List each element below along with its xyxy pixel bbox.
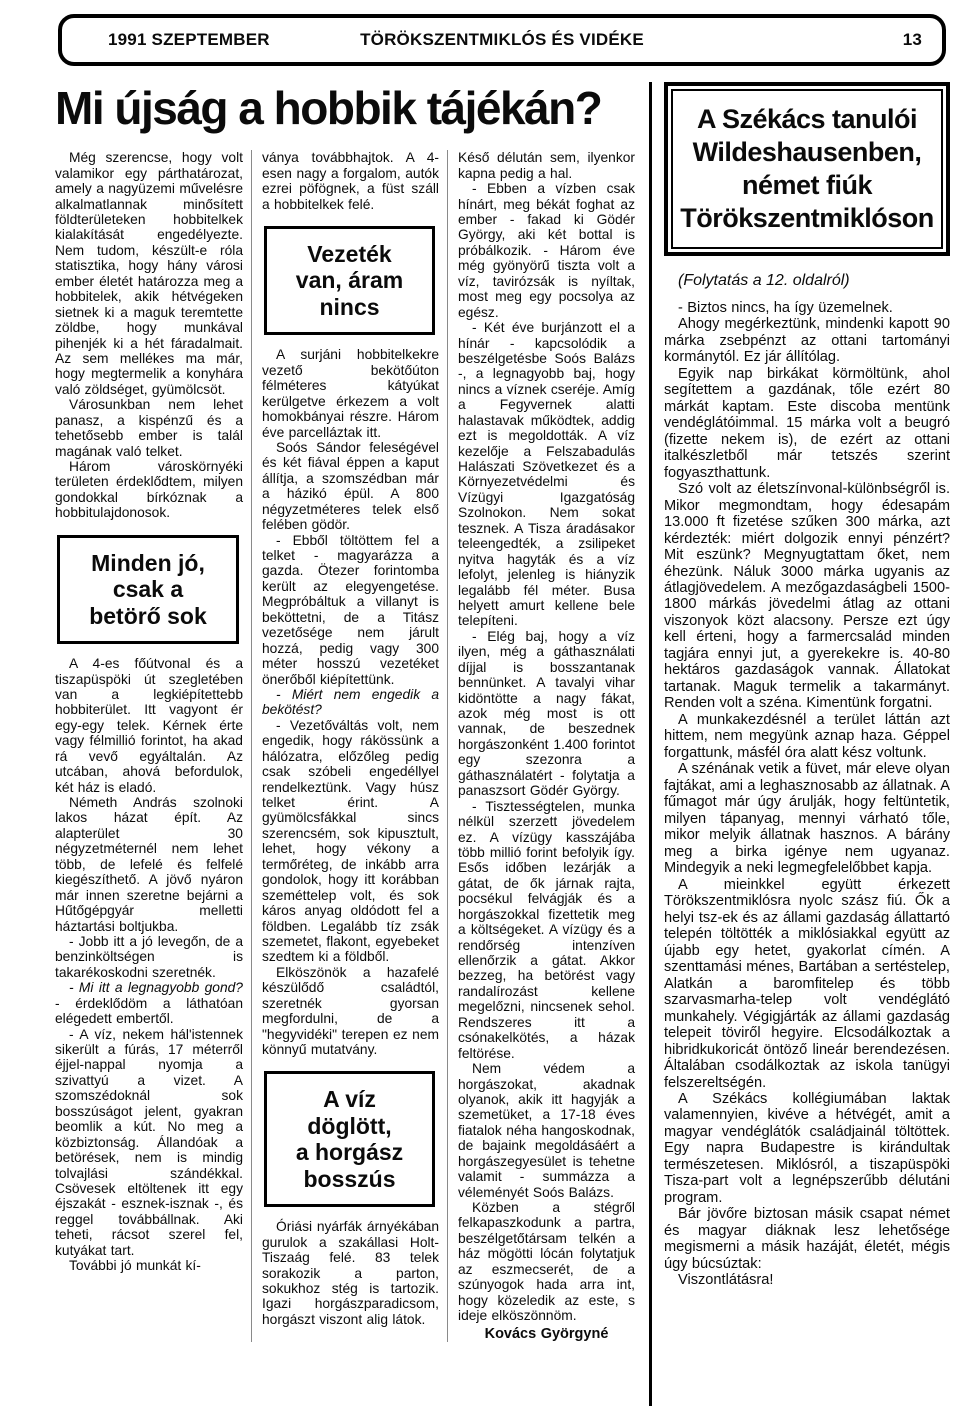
column-2-paragraphs-c: Óriási nyárfák árnyékában gurulok a szak… xyxy=(262,1219,439,1327)
article-column-1: Még szerencse, hogy volt valamikor egy p… xyxy=(55,150,251,1341)
paragraph: - Biztos nincs, ha így üzemelnek. xyxy=(664,300,950,316)
paragraph: - Elég baj, hogy a víz ilyen, még a gáth… xyxy=(458,629,635,799)
newspaper-page: 1991 SZEPTEMBER TÖRÖKSZENTMIKLÓS ÉS VIDÉ… xyxy=(0,0,960,1414)
paragraph: - Tisztességtelen, munka nélkül szerzett… xyxy=(458,799,635,1061)
paragraph: Késő délután sem, ilyenkor kapna pedig a… xyxy=(458,150,635,181)
paragraph: Szó volt az életszínvonal-különbségről i… xyxy=(664,481,950,712)
paragraph: - Két éve burjánzott el a hínár - kapcso… xyxy=(458,320,635,629)
column-3-paragraphs: Késő délután sem, ilyenkor kapna pedig a… xyxy=(458,150,635,1341)
paragraph: A surjáni hobbitelkekre vezető bekötőúto… xyxy=(262,347,439,440)
column-2-paragraphs-a: ványa továbbhajtok. A 4-esen nagy a forg… xyxy=(262,150,439,212)
paragraph: Bár jövőre biztosan másik csapat német é… xyxy=(664,1206,950,1272)
column-1-rest-paragraphs: A 4-es főútvonal és a tiszapüspöki út sz… xyxy=(55,656,243,1274)
article-column-2: ványa továbbhajtok. A 4-esen nagy a forg… xyxy=(251,150,447,1341)
sidebar-title-box: A Székács tanulói Wildeshausenben, német… xyxy=(664,82,950,256)
paragraph: A munkakezdésnél a terület láttán azt hi… xyxy=(664,712,950,761)
paragraph: Nem védem a horgászokat, akadnak olyanok… xyxy=(458,1061,635,1200)
paragraph: Kovács Györgyné xyxy=(458,1326,635,1342)
article-headline: Mi újság a hobbik tájékán? xyxy=(55,84,643,132)
paragraph: Egyik nap birkákat körmöltünk, ahol segí… xyxy=(664,366,950,481)
page-content: Mi újság a hobbik tájékán? Még szerencse… xyxy=(0,66,960,1406)
paragraph: - Mi itt a legnagyobb gond? - érdeklődöm… xyxy=(55,980,243,1026)
paragraph: További jó munkát kí- xyxy=(55,1258,243,1273)
column-1-lead-paragraphs: Még szerencse, hogy volt valamikor egy p… xyxy=(55,150,243,521)
paragraph: A Székács kollégiumában laktak valamenny… xyxy=(664,1091,950,1206)
paragraph: Németh András szolnoki lakos házat épít.… xyxy=(55,795,243,934)
newspaper-title: TÖRÖKSZENTMIKLÓS ÉS VIDÉKE xyxy=(62,30,942,50)
sidebar-title-box-inner: A Székács tanulói Wildeshausenben, német… xyxy=(671,89,943,249)
vertical-divider-rule xyxy=(649,82,652,1406)
paragraph: ványa továbbhajtok. A 4-esen nagy a forg… xyxy=(262,150,439,212)
sidebar-paragraphs: - Biztos nincs, ha így üzemelnek.Ahogy m… xyxy=(664,300,950,1289)
sidebar-article-title: A Székács tanulói Wildeshausenben, német… xyxy=(677,103,937,235)
paragraph: Elköszönök a hazafelé készülődő családtó… xyxy=(262,965,439,1058)
paragraph: A szénának vetik a füvet, már eleve olya… xyxy=(664,761,950,876)
paragraph: Három városkörnyéki területen érdeklődte… xyxy=(55,459,243,521)
paragraph: Városunkban nem lehet panasz, a kispénzű… xyxy=(55,397,243,459)
paragraph: Közben a stégről felkapaszkodunk a partr… xyxy=(458,1200,635,1324)
paragraph: - Vezetőváltás volt, nem engedik, hogy r… xyxy=(262,718,439,965)
paragraph: A 4-es főútvonal és a tiszapüspöki út sz… xyxy=(55,656,243,795)
paragraph: A mieinkkel együtt érkezett Törökszentmi… xyxy=(664,877,950,1091)
main-article: Mi újság a hobbik tájékán? Még szerencse… xyxy=(55,82,643,1406)
paragraph: Óriási nyárfák árnyékában gurulok a szak… xyxy=(262,1219,439,1327)
subhead-box-dead-water: A víz döglött, a horgász bosszús xyxy=(264,1071,435,1207)
continuation-note: (Folytatás a 12. oldalról) xyxy=(678,272,950,290)
paragraph: - Miért nem engedik a bekötést? xyxy=(262,687,439,718)
paragraph: Még szerencse, hogy volt valamikor egy p… xyxy=(55,150,243,397)
paragraph: Soós Sándor feleségével és két fiával ép… xyxy=(262,440,439,533)
column-2-paragraphs-b: A surjáni hobbitelkekre vezető bekötőúto… xyxy=(262,347,439,1057)
paragraph: Viszontlátásra! xyxy=(664,1272,950,1288)
masthead: 1991 SZEPTEMBER TÖRÖKSZENTMIKLÓS ÉS VIDÉ… xyxy=(58,14,946,66)
article-column-3: Késő délután sem, ilyenkor kapna pedig a… xyxy=(447,150,643,1341)
subhead-box-no-power: Vezeték van, áram nincs xyxy=(264,226,435,335)
paragraph: - Ebből töltöttem fel a telket - magyará… xyxy=(262,533,439,687)
article-columns: Még szerencse, hogy volt valamikor egy p… xyxy=(55,150,643,1341)
subhead-box-burglars: Minden jó, csak a betörő sok xyxy=(57,535,239,644)
sidebar-article: A Székács tanulói Wildeshausenben, német… xyxy=(664,82,950,1406)
paragraph: - Ebben a vízben csak hínárt, meg békát … xyxy=(458,181,635,320)
paragraph: - A víz, nekem hál'istennek sikerült a f… xyxy=(55,1027,243,1259)
paragraph: - Jobb itt a jó levegőn, de a benzinkölt… xyxy=(55,934,243,980)
paragraph: Ahogy megérkeztünk, mindenki kapott 90 m… xyxy=(664,316,950,365)
